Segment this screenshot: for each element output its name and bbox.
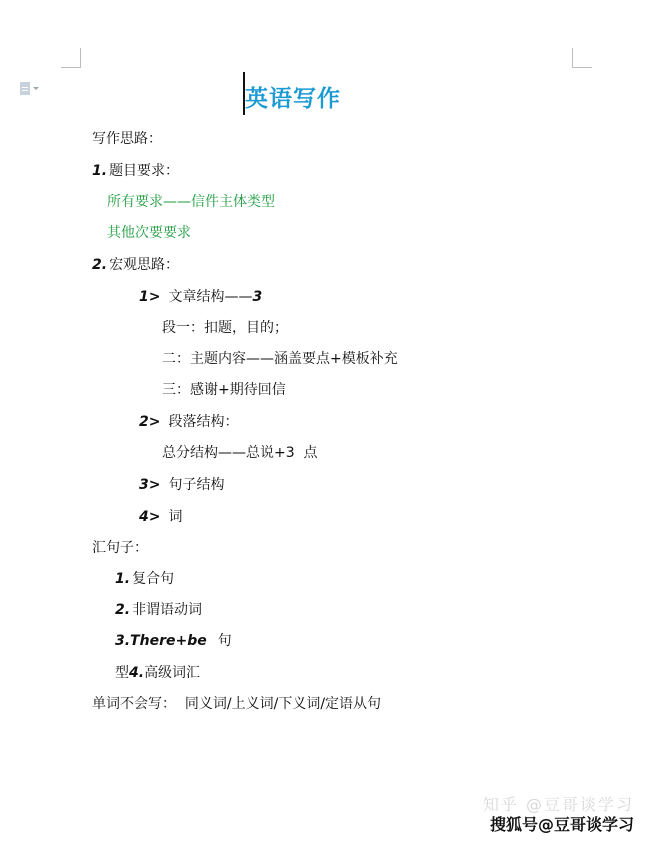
watermark-sohu: 搜狐号@豆哥谈学习 [490,812,634,835]
line-text: 段落结构： [168,414,238,430]
document-line: 1.复合句 [115,570,174,588]
line-text: 二：主题内容——涵盖要点+模板补充 [162,351,398,367]
line-text: 题目要求： [109,163,179,179]
document-line: 所有要求——信件主体类型 [107,193,275,211]
list-number: 4. [129,665,144,681]
document-line: 2>段落结构： [139,413,238,431]
document-line: 段一：扣题，目的； [162,319,288,337]
document-line: 2.非谓语动词 [115,601,202,619]
line-text: 宏观思路： [109,257,179,273]
line-suffix: 3 [252,289,262,305]
line-text: 复合句 [132,571,174,587]
list-number: 2. [115,602,130,618]
line-text: 所有要求——信件主体类型 [107,194,275,210]
document-line: 汇句子： [92,539,148,557]
line-text: 写作思路： [92,131,162,147]
line-text: 总分结构——总说+3 点 [162,445,318,461]
line-text: 文章结构—— [168,289,252,305]
list-number: 3.There+be [115,633,207,649]
page-corner-top-left [61,48,81,68]
line-text: 高级词汇 [144,665,200,681]
list-number: 2> [139,414,160,430]
line-text: 单词不会写： 同义词/上义词/下义词/定语从句 [92,696,381,712]
list-number: 1. [92,163,107,179]
document-line: 其他次要要求 [107,224,191,242]
page-corner-top-right [572,48,592,68]
line-text: 句 [209,633,232,649]
line-text: 型 [115,665,129,681]
document-line: 3>句子结构 [139,476,224,494]
line-text: 非谓语动词 [132,602,202,618]
line-text: 词 [168,509,182,525]
document-line: 二：主题内容——涵盖要点+模板补充 [162,350,398,368]
list-number: 4> [139,509,160,525]
line-text: 其他次要要求 [107,225,191,241]
list-number: 2. [92,257,107,273]
document-line: 写作思路： [92,130,162,148]
list-number: 1> [139,289,160,305]
line-text: 段一：扣题，目的； [162,320,288,336]
chevron-down-icon [33,87,39,90]
document-line: 3.There+be 句 [115,632,232,650]
list-number: 3> [139,477,160,493]
document-line: 4>词 [139,508,182,526]
document-line: 单词不会写： 同义词/上义词/下义词/定语从句 [92,695,381,713]
document-line: 型4.高级词汇 [115,664,200,682]
paste-options-button[interactable] [20,82,39,95]
document-line: 1>文章结构——3 [139,288,262,306]
line-text: 三：感谢+期待回信 [162,382,286,398]
document-title: 英语写作 [245,80,341,113]
document-line: 2.宏观思路： [92,256,179,274]
document-line: 1.题目要求： [92,162,179,180]
line-text: 句子结构 [168,477,224,493]
document-icon [20,82,30,95]
document-line: 三：感谢+期待回信 [162,381,286,399]
document-line: 总分结构——总说+3 点 [162,444,318,462]
list-number: 1. [115,571,130,587]
line-text: 汇句子： [92,540,148,556]
